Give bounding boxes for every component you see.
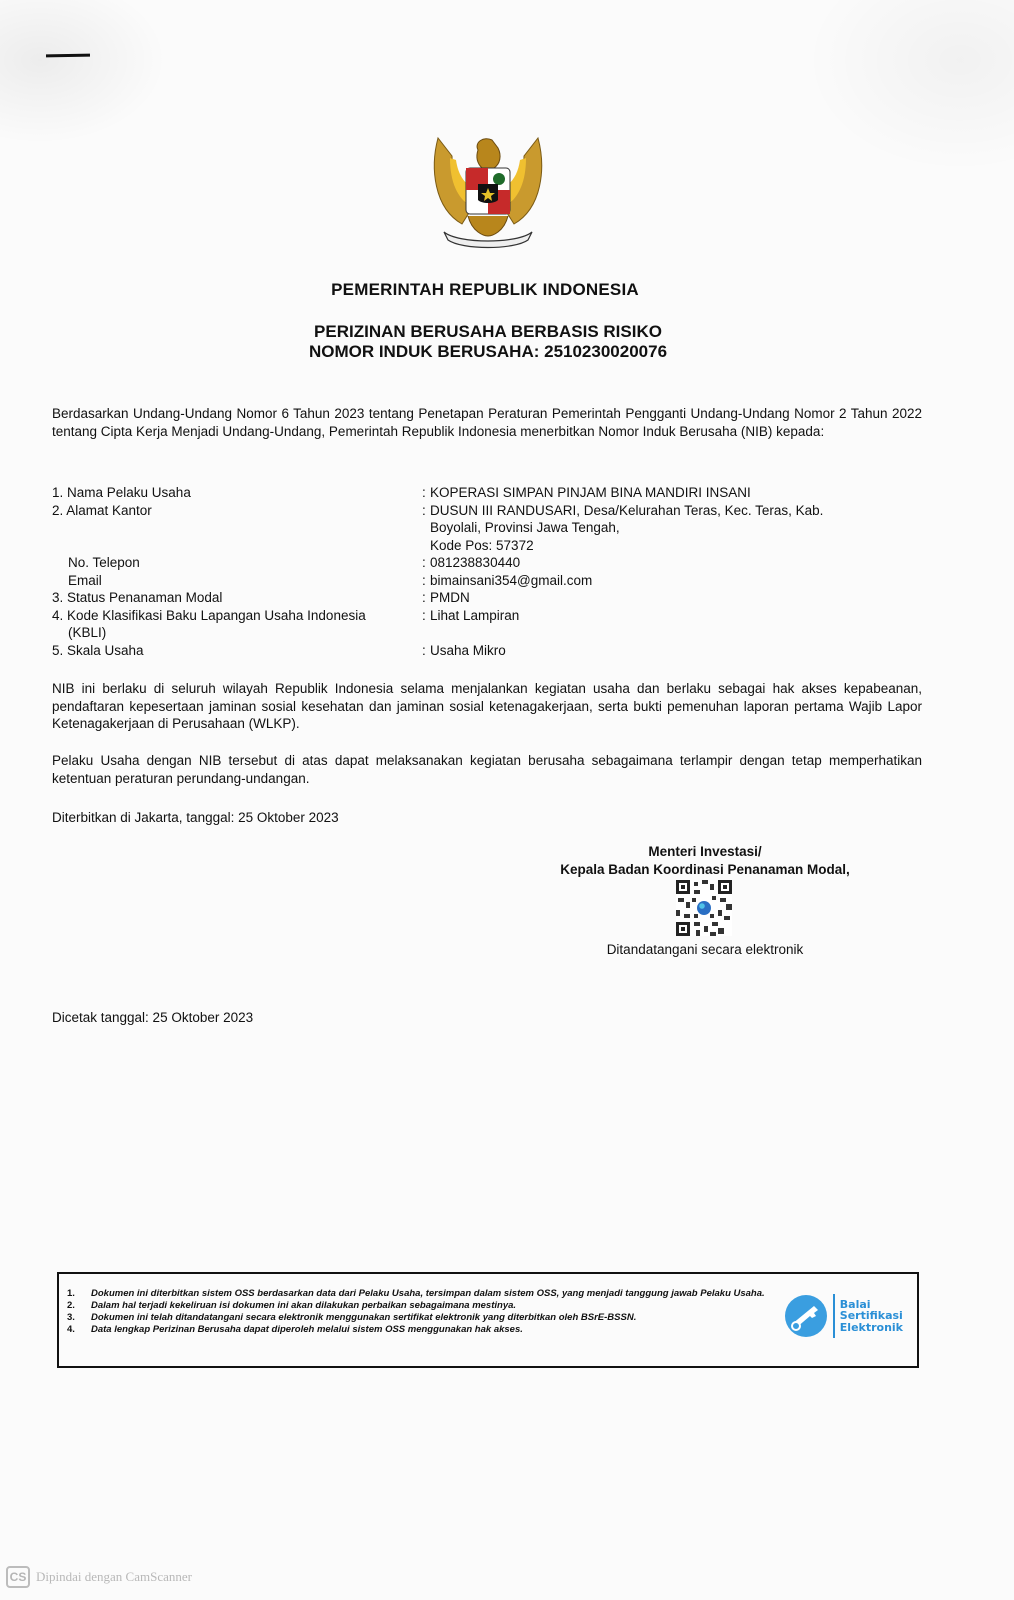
- note-item: 1.Dokumen ini diterbitkan sistem OSS ber…: [67, 1288, 782, 1300]
- field-label: 5. Skala Usaha: [52, 642, 422, 660]
- bse-divider: [833, 1294, 835, 1338]
- camscanner-watermark: CS Dipindai dengan CamScanner: [6, 1566, 192, 1588]
- bse-logo: Balai Sertifikasi Elektronik: [784, 1294, 903, 1338]
- field-value: Usaha Mikro: [430, 643, 506, 658]
- field-investment-status: 3. Status Penanaman Modal :PMDN: [52, 589, 932, 607]
- field-label-line2: (KBLI): [52, 624, 422, 642]
- footer-notes: 1.Dokumen ini diterbitkan sistem OSS ber…: [67, 1288, 782, 1336]
- field-value-line3: Kode Pos: 57372: [422, 537, 932, 555]
- watermark-text: Dipindai dengan CamScanner: [36, 1569, 192, 1585]
- bse-text-line3: Elektronik: [840, 1322, 903, 1334]
- validity-paragraph: NIB ini berlaku di seluruh wilayah Repub…: [52, 680, 922, 733]
- field-label: 3. Status Penanaman Modal: [52, 589, 422, 607]
- signatory-line2: Kepala Badan Koordinasi Penanaman Modal,: [530, 861, 880, 879]
- field-label: 2. Alamat Kantor: [52, 502, 422, 555]
- qr-code-icon: [676, 880, 732, 936]
- field-value: Lihat Lampiran: [430, 608, 519, 623]
- issued-date: Diterbitkan di Jakarta, tanggal: 25 Okto…: [52, 810, 339, 825]
- nib-number: NOMOR INDUK BERUSAHA: 2510230020076: [0, 342, 976, 362]
- field-value: 081238830440: [430, 555, 520, 570]
- electronic-signature-note: Ditandatangani secara elektronik: [530, 942, 880, 957]
- field-label: 1. Nama Pelaku Usaha: [52, 484, 422, 502]
- business-fields: 1. Nama Pelaku Usaha :KOPERASI SIMPAN PI…: [52, 484, 932, 659]
- permit-heading: PERIZINAN BERUSAHA BERBASIS RISIKO NOMOR…: [0, 322, 976, 362]
- field-kbli: 4. Kode Klasifikasi Baku Lapangan Usaha …: [52, 607, 932, 642]
- field-label: 4. Kode Klasifikasi Baku Lapangan Usaha …: [52, 607, 422, 625]
- field-business-name: 1. Nama Pelaku Usaha :KOPERASI SIMPAN PI…: [52, 484, 932, 502]
- note-item: 2.Dalam hal terjadi kekeliruan isi dokum…: [67, 1300, 782, 1312]
- garuda-emblem-icon: [428, 128, 548, 258]
- signatory-title: Menteri Investasi/ Kepala Badan Koordina…: [530, 843, 880, 879]
- note-item: 3.Dokumen ini telah ditandatangani secar…: [67, 1312, 782, 1324]
- bse-key-icon: [784, 1294, 828, 1338]
- footer-notes-box: 1.Dokumen ini diterbitkan sistem OSS ber…: [57, 1272, 919, 1368]
- field-label: No. Telepon: [52, 554, 422, 572]
- field-label: Email: [52, 572, 422, 590]
- field-value: DUSUN III RANDUSARI, Desa/Kelurahan Tera…: [430, 503, 823, 518]
- activity-paragraph: Pelaku Usaha dengan NIB tersebut di atas…: [52, 752, 922, 787]
- field-office-address: 2. Alamat Kantor :DUSUN III RANDUSARI, D…: [52, 502, 932, 555]
- field-phone: No. Telepon :081238830440: [52, 554, 932, 572]
- field-value: bimainsani354@gmail.com: [430, 573, 592, 588]
- camscanner-icon: CS: [6, 1566, 30, 1588]
- signatory-line1: Menteri Investasi/: [530, 843, 880, 861]
- government-title: PEMERINTAH REPUBLIK INDONESIA: [0, 280, 970, 300]
- field-business-scale: 5. Skala Usaha :Usaha Mikro: [52, 642, 932, 660]
- field-email: Email :bimainsani354@gmail.com: [52, 572, 932, 590]
- intro-paragraph: Berdasarkan Undang-Undang Nomor 6 Tahun …: [52, 405, 922, 440]
- printed-date: Dicetak tanggal: 25 Oktober 2023: [52, 1010, 253, 1025]
- note-item: 4.Data lengkap Perizinan Berusaha dapat …: [67, 1324, 782, 1336]
- field-value: PMDN: [430, 590, 470, 605]
- field-value: KOPERASI SIMPAN PINJAM BINA MANDIRI INSA…: [430, 485, 751, 500]
- field-value-line2: Boyolali, Provinsi Jawa Tengah,: [422, 519, 932, 537]
- permit-title: PERIZINAN BERUSAHA BERBASIS RISIKO: [0, 322, 976, 342]
- pen-mark: [46, 54, 90, 58]
